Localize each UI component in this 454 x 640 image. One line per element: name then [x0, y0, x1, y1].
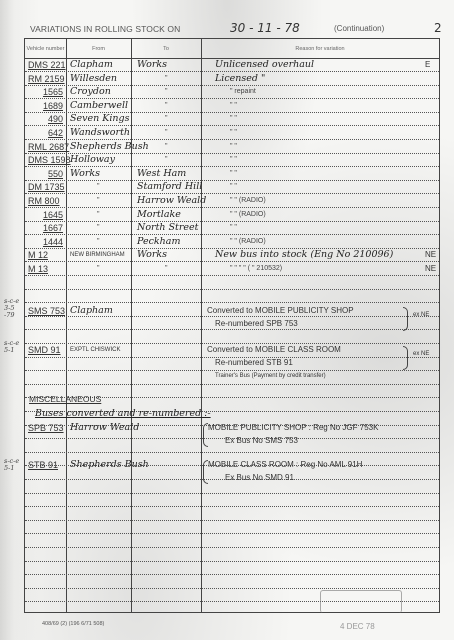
vehicle-number: RM 800 [28, 195, 60, 207]
form-code: 408/69 (2) (196 6/71 508) [42, 621, 104, 627]
from-location: Holloway [70, 154, 115, 166]
misc-subheading: Buses converted and re-numbered :- [35, 408, 211, 420]
to-location: North Street [137, 222, 198, 234]
ruled-line [25, 275, 439, 276]
status-code: NE [425, 263, 436, 275]
vehicle-number: 642 [25, 127, 63, 139]
page-number: 2 [434, 21, 442, 35]
from-location: " [97, 181, 100, 193]
to-location: West Ham [137, 168, 186, 180]
reason-line: Trainer's Bus (Payment by credit transfe… [215, 370, 326, 382]
misc-heading: MISCELLANEOUS [29, 393, 101, 405]
reason-text: New bus into stock (Eng No 210096) [215, 249, 393, 261]
brace-mark [403, 346, 408, 370]
col-header-vehicle: Vehicle number [25, 39, 66, 59]
reason-line: Re-numbered STB 91 [215, 357, 293, 369]
ruled-line [25, 302, 439, 303]
reason-text: " " [230, 113, 237, 125]
ruled-line [25, 384, 439, 385]
reason-text: " " (RADIO) [230, 195, 266, 207]
vehicle-number: M 12 [28, 249, 48, 261]
margin-annotation: s-c-e 5-1 [4, 458, 22, 472]
vehicle-number: RML 2687 [28, 141, 69, 153]
to-location: " [165, 100, 168, 112]
reason-line: Re-numbered SPB 753 [215, 318, 298, 330]
col-header-to: To [131, 39, 201, 59]
reason-text: " " [230, 222, 237, 234]
reason-text: " " " " ( " 210532) [230, 263, 282, 275]
from-location: NEW BIRMINGHAM [70, 249, 125, 261]
vehicle-number: 1645 [25, 209, 63, 221]
reason-text: " " [230, 127, 237, 139]
vehicle-number: 490 [25, 113, 63, 125]
reason-text: " " [230, 181, 237, 193]
reason-text: " " [230, 154, 237, 166]
margin-annotation: s-c-e 3-5 -79 [4, 298, 22, 319]
ruled-line [25, 289, 439, 290]
to-location: " [165, 154, 168, 166]
ruled-line [25, 452, 439, 453]
vehicle-number: 1565 [25, 86, 63, 98]
vehicle-number: M 13 [28, 263, 48, 275]
vehicle-number: 1689 [25, 100, 63, 112]
from-location: " [97, 222, 100, 234]
to-location: " [165, 141, 168, 153]
ruled-line [25, 547, 439, 548]
vehicle-number: RM 2159 [28, 73, 65, 85]
reason-line: Ex Bus No SMS 753 [225, 435, 298, 447]
to-location: Works [137, 59, 167, 71]
form-title: VARIATIONS IN ROLLING STOCK ON [30, 24, 180, 34]
vehicle-number: SMD 91 [28, 344, 61, 356]
to-location: " [165, 73, 168, 85]
to-location: Peckham [137, 236, 180, 248]
from-location: Willesden [70, 73, 117, 85]
status-code: E [425, 59, 430, 71]
vehicle-number: DMS 221 [28, 59, 66, 71]
to-location: Stamford Hill [137, 181, 202, 193]
reason-text: " " [230, 100, 237, 112]
ruled-line [25, 506, 439, 507]
to-location: " [165, 86, 168, 98]
vehicle-number: 550 [25, 168, 63, 180]
variations-table: Vehicle number From To Reason for variat… [24, 38, 440, 613]
reason-line: Converted to MOBILE CLASS ROOM [207, 344, 341, 356]
from-location: " [97, 236, 100, 248]
col-header-reason: Reason for variation [201, 39, 439, 59]
reason-line: Converted to MOBILE PUBLICITY SHOP [207, 305, 354, 317]
brace-mark [203, 423, 208, 447]
reason-line: Ex Bus No SMD 91 [225, 472, 294, 484]
from-location: Clapham [70, 59, 113, 71]
table-header: Vehicle number From To Reason for variat… [25, 39, 439, 59]
from-location: Camberwell [70, 100, 128, 112]
vehicle-number: SPB 753 [28, 422, 64, 434]
to-location: " [165, 127, 168, 139]
from-location: EXPTL CHISWICK [70, 344, 120, 356]
ruled-line [25, 520, 439, 521]
from-location: Shepherds Bush [70, 459, 149, 471]
vehicle-number: DMS 1598 [28, 154, 71, 166]
reason-line: MOBILE PUBLICITY SHOP : Reg No JGF 753K [208, 422, 378, 434]
form-date: 30 - 11 - 78 [230, 21, 300, 35]
from-location: Wandsworth [70, 127, 130, 139]
brace-mark [403, 307, 408, 331]
ruled-line [25, 574, 439, 575]
from-location: " [97, 209, 100, 221]
reason-text: Unlicensed overhaul [215, 59, 314, 71]
reason-text: " " [230, 168, 237, 180]
vehicle-number: 1444 [25, 236, 63, 248]
continuation-label: (Continuation) [334, 24, 384, 33]
from-location: " [97, 195, 100, 207]
from-location: Croydon [70, 86, 111, 98]
reason-text: Licensed " [215, 73, 265, 85]
vehicle-number: 1667 [25, 222, 63, 234]
status-code: ex NE [413, 309, 429, 321]
ruled-line [25, 561, 439, 562]
vehicle-number: DM 1735 [28, 181, 65, 193]
to-location: Harrow Weald [137, 195, 206, 207]
from-location: Harrow Weald [70, 422, 139, 434]
ruled-line [25, 533, 439, 534]
to-location: Mortlake [137, 209, 181, 221]
ruled-line [25, 493, 439, 494]
col-header-from: From [66, 39, 131, 59]
reason-line: MOBILE CLASS ROOM : Reg No AML 91H [208, 459, 362, 471]
from-location: " [97, 263, 100, 275]
status-code: ex NE [413, 348, 429, 360]
date-stamp-frame [320, 590, 402, 613]
margin-annotation: s-c-e 5-1 [4, 340, 22, 354]
from-location: Seven Kings [70, 113, 129, 125]
to-location: " [165, 113, 168, 125]
reason-text: " " (RADIO) [230, 236, 266, 248]
from-location: Shepherds Bush [70, 141, 149, 153]
to-location: Works [137, 249, 167, 261]
vehicle-number: SMS 753 [28, 305, 65, 317]
to-location: " [165, 263, 168, 275]
reason-text: " repaint [230, 86, 256, 98]
status-code: NE [425, 249, 436, 261]
brace-mark [203, 460, 208, 484]
from-location: Works [70, 168, 100, 180]
date-stamp: 4 DEC 78 [340, 622, 375, 631]
reason-text: " " (RADIO) [230, 209, 266, 221]
ruled-line [25, 588, 439, 589]
vehicle-number: STB 91 [28, 459, 58, 471]
from-location: Clapham [70, 305, 113, 317]
reason-text: " " [230, 141, 237, 153]
